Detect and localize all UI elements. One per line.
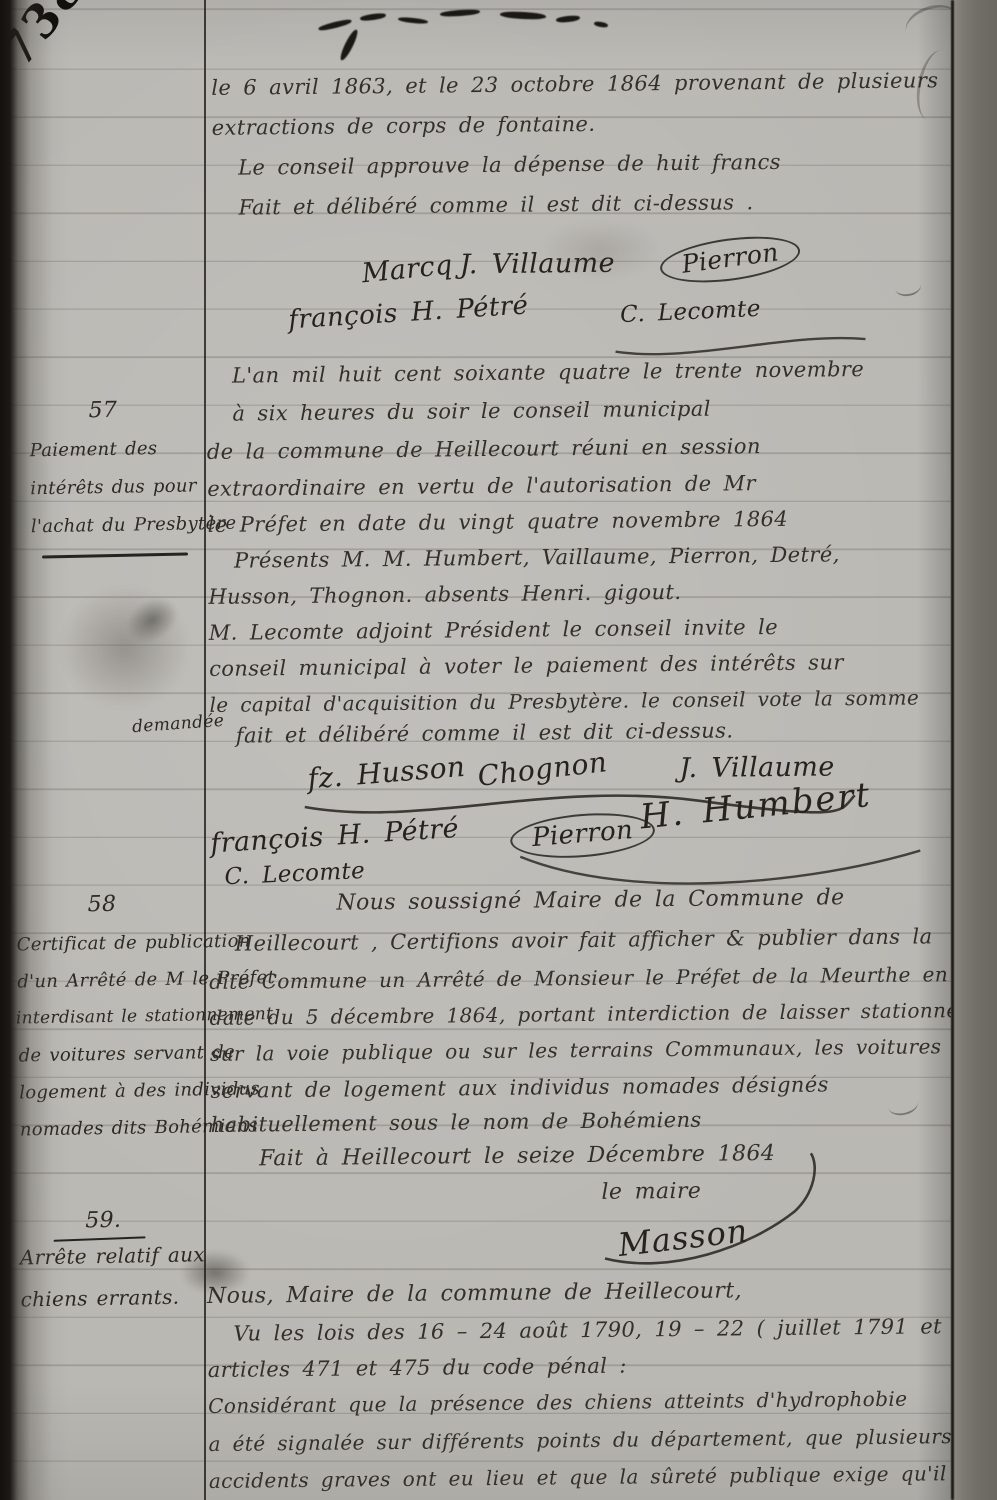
signature-flourish-oval: Pierron	[657, 229, 803, 289]
signature-lecomte: C. Lecomte	[620, 296, 762, 328]
margin-rule-line	[204, 0, 206, 1500]
signature-flourish	[300, 783, 860, 829]
signature-villaume-2: J. Villaume	[679, 751, 835, 784]
signature-pierron: Pierron	[659, 238, 801, 281]
page-edge-shadow	[917, 0, 951, 1500]
entry57-body: L'an mil huit cent soixante quatre le tr…	[206, 358, 958, 760]
signature-marcq: Marcq	[360, 250, 454, 290]
adjacent-page-edge	[951, 0, 997, 1500]
binding-crease	[951, 0, 954, 1500]
register-page-scan: 738 le 6 avril 1863, et le 23 octobre 18…	[0, 0, 997, 1500]
entry59-body: Nous, Maire de la commune de Heillecourt…	[207, 1278, 969, 1500]
binding-gutter	[0, 0, 52, 1500]
signature-block-2: fz. Husson Chognon J. Villaume H. Humber…	[209, 748, 971, 906]
continuation-body: le 6 avril 1863, et le 23 octobre 1864 p…	[211, 70, 953, 238]
handwritten-line: Fait et délibéré comme il est dit ci-des…	[212, 190, 952, 238]
signature-lecomte-2: C. Lecomte	[224, 858, 366, 890]
handwritten-line: accidents graves ont eu lieu et que la s…	[209, 1463, 969, 1500]
signature-flourish	[599, 1151, 830, 1273]
signature-block-1: Marcq J. Villaume Pierron françois H. Pé…	[279, 241, 900, 357]
signature-villaume: J. Villaume	[459, 248, 615, 281]
signature-petre: françois H. Pétré	[287, 290, 529, 335]
entry58-body: Nous soussigné Maire de la Commune de He…	[208, 886, 959, 1220]
